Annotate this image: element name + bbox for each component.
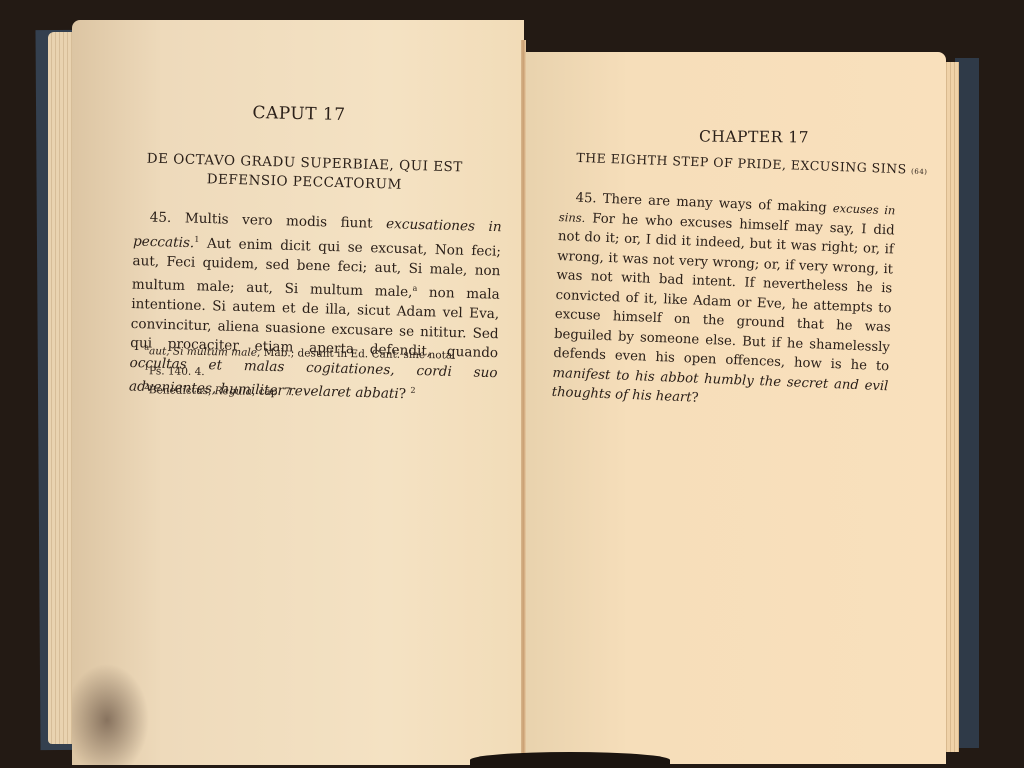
footnote-italic: Regula — [215, 385, 252, 398]
footnote-text: , cap. 7. — [252, 386, 294, 399]
footnotes: aaut, Si multum male, Mab.; desunt in Ed… — [144, 340, 475, 403]
footnote-text: Ps. 140. 4. — [149, 365, 205, 378]
book-gutter — [521, 40, 526, 768]
left-page: CAPUT 17 DE OCTAVO GRADU SUPERBIAE, QUI … — [72, 20, 524, 765]
english-text: ? — [691, 390, 699, 405]
spine-shadow — [470, 752, 670, 768]
english-subtitle: THE EIGHTH STEP OF PRIDE, EXCUSING SINS … — [562, 149, 942, 177]
caput-heading: CAPUT 17 — [134, 101, 464, 128]
english-paragraph: 45. There are many ways of making excuse… — [551, 188, 895, 416]
footnote: 2Benedictus, Regula, cap. 7. — [144, 379, 474, 403]
footnote-text: , Mab.; desunt in Ed. Cant. sine nota. — [257, 347, 456, 362]
paragraph-number: 45. — [134, 209, 172, 226]
footnote-text: Benedictus, — [149, 384, 215, 397]
latin-subtitle: DE OCTAVO GRADU SUPERBIAE, QUI EST DEFEN… — [132, 149, 478, 197]
right-page: CHAPTER 17 THE EIGHTH STEP OF PRIDE, EXC… — [524, 52, 946, 764]
english-text: For he who excuses himself may say, I di… — [553, 211, 895, 375]
chapter-heading: CHAPTER 17 — [654, 127, 854, 147]
english-subtitle-text: THE EIGHTH STEP OF PRIDE, EXCUSING SINS — [576, 150, 907, 177]
footnote-italic: aut, Si multum male — [149, 345, 257, 359]
subtitle-ref: (64) — [911, 168, 928, 177]
latin-text: Multis vero modis fiunt — [185, 210, 387, 232]
paragraph-number: 45. — [559, 190, 597, 206]
